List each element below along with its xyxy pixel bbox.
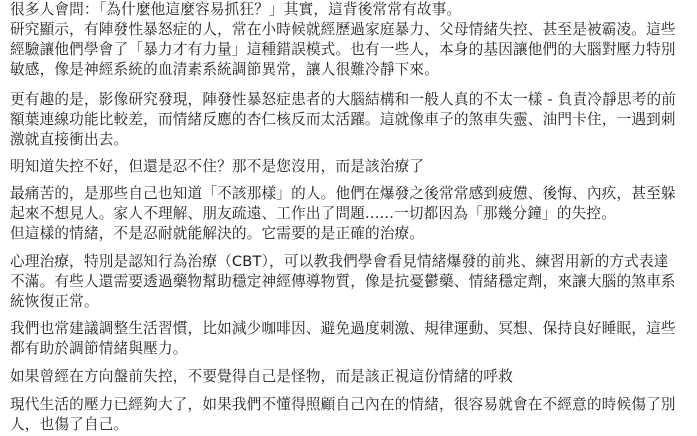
text-line: 很多人會問：「為什麼他這麼容易抓狂？」其實，這背後常常有故事。: [10, 0, 676, 20]
paragraph-heading-treatment: 明知道失控不好，但還是忍不住？那不是您沒用，而是該治療了: [10, 157, 424, 177]
text-line: 額葉連線功能比較差，而情緒反應的杏仁核反而太活躍。這就像車子的煞車失靈、油門卡住…: [10, 110, 676, 130]
text-line: 起來不想見人。家人不理解、朋友疏遠、工作出了問題......一切都因為「那幾分鐘…: [10, 204, 676, 224]
paragraph-conclusion: 現代生活的壓力已經夠大了，如果我們不懂得照顧自己內在的情緒，很容易就會在不經意的…: [10, 395, 676, 435]
text-line: 我們也常建議調整生活習慣，比如減少咖啡因、避免過度刺激、規律運動、冥想、保持良好…: [10, 319, 676, 339]
text-line: 敏感，像是神經系統的血清素系統調節異常，讓人很難冷靜下來。: [10, 60, 676, 80]
paragraph-suffering: 最痛苦的，是那些自己也知道「不該那樣」的人。他們在爆發之後常常感到疲憊、後悔、內…: [10, 184, 676, 244]
paragraph-therapy: 心理治療，特別是認知行為治療（CBT），可以教我們學會看見情緒爆發的前兆、練習用…: [10, 252, 676, 312]
text-line: 人，也傷了自己。: [10, 415, 676, 435]
paragraph-lifestyle: 我們也常建議調整生活習慣，比如減少咖啡因、避免過度刺激、規律運動、冥想、保持良好…: [10, 319, 676, 359]
text-line: 不滿。有些人還需要透過藥物幫助穩定神經傳導物質，像是抗憂鬱藥、情緒穩定劑，來讓大…: [10, 272, 676, 292]
text-line: 激就直接衝出去。: [10, 130, 676, 150]
text-line: 如果曾經在方向盤前失控，不要覺得自己是怪物，而是該正視這份情緒的呼救: [10, 367, 513, 387]
paragraph-steering-wheel: 如果曾經在方向盤前失控，不要覺得自己是怪物，而是該正視這份情緒的呼救: [10, 367, 513, 387]
text-line: 都有助於調節情緒與壓力。: [10, 339, 676, 359]
paragraph-brain-research: 更有趣的是，影像研究發現，陣發性暴怒症患者的大腦結構和一般人真的不太一樣 - 負…: [10, 90, 676, 150]
text-line: 更有趣的是，影像研究發現，陣發性暴怒症患者的大腦結構和一般人真的不太一樣 - 負…: [10, 90, 676, 110]
text-line: 明知道失控不好，但還是忍不住？那不是您沒用，而是該治療了: [10, 157, 424, 177]
text-line: 最痛苦的，是那些自己也知道「不該那樣」的人。他們在爆發之後常常感到疲憊、後悔、內…: [10, 184, 676, 204]
text-line: 但這樣的情緒，不是忍耐就能解決的。它需要的是正確的治療。: [10, 224, 676, 244]
text-line: 現代生活的壓力已經夠大了，如果我們不懂得照顧自己內在的情緒，很容易就會在不經意的…: [10, 395, 676, 415]
paragraph-causes: 很多人會問：「為什麼他這麼容易抓狂？」其實，這背後常常有故事。 研究顯示，有陣發…: [10, 0, 676, 80]
text-line: 心理治療，特別是認知行為治療（CBT），可以教我們學會看見情緒爆發的前兆、練習用…: [10, 252, 676, 272]
text-line: 統恢復正常。: [10, 292, 676, 312]
text-line: 經驗讓他們學會了「暴力才有力量」這種錯誤模式。也有一些人，本身的基因讓他們的大腦…: [10, 40, 676, 60]
text-line: 研究顯示，有陣發性暴怒症的人，常在小時候就經歷過家庭暴力、父母情緒失控、甚至是被…: [10, 20, 676, 40]
